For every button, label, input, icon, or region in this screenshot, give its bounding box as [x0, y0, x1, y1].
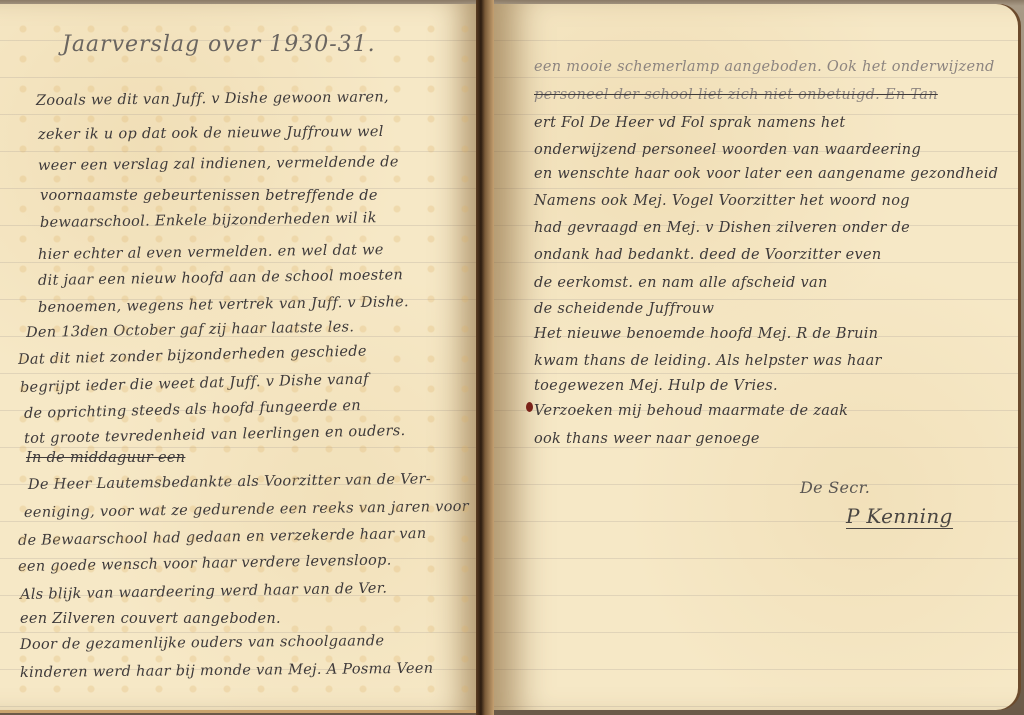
left-page: Jaarverslag over 1930-31. Zooals we dit …	[0, 4, 476, 713]
handwritten-line: weer een verslag zal indienen, vermelden…	[38, 155, 399, 173]
handwritten-line: begrijpt ieder die weet dat Juff. v Dish…	[20, 372, 369, 395]
ink-blot	[526, 402, 533, 412]
handwritten-line: Namens ook Mej. Vogel Voorzitter het woo…	[534, 194, 910, 209]
struck-through-line: personeel der school liet zich niet onbe…	[534, 88, 938, 103]
handwritten-line: kinderen werd haar bij monde van Mej. A …	[20, 662, 434, 681]
handwritten-line: voornaamste gebeurtenissen betreffende d…	[40, 189, 378, 204]
page-title: Jaarverslag over 1930-31.	[62, 34, 376, 56]
handwritten-line: Den 13den October gaf zij haar laatste l…	[26, 320, 354, 340]
handwritten-line: bewaarschool. Enkele bijzonderheden wil …	[40, 211, 377, 230]
handwritten-line: ert Fol De Heer vd Fol sprak namens het	[534, 116, 846, 131]
struck-through-line: In de middaguur een	[26, 451, 185, 466]
handwritten-line: een mooie schemerlamp aangeboden. Ook he…	[534, 60, 995, 75]
handwritten-line: de scheidende Juffrouw	[534, 302, 714, 317]
handwritten-line: de oprichting steeds als hoofd fungeerde…	[24, 399, 361, 422]
handwritten-line: Als blijk van waardeering werd haar van …	[20, 582, 387, 603]
handwritten-line: en wenschte haar ook voor later een aang…	[534, 167, 998, 182]
handwritten-line: een Zilveren couvert aangeboden.	[20, 612, 281, 627]
handwritten-line: De Heer Lautemsbedankte als Voorzitter v…	[28, 472, 431, 492]
book-spine	[476, 0, 494, 715]
closing-label: De Secr.	[800, 480, 870, 496]
notebook-spread: Jaarverslag over 1930-31. Zooals we dit …	[0, 0, 1024, 715]
handwritten-line: eeniging, voor wat ze gedurende een reek…	[24, 500, 469, 521]
right-page: een mooie schemerlamp aangeboden. Ook he…	[494, 4, 1018, 710]
handwritten-line: een goede wensch voor haar verdere leven…	[18, 553, 392, 574]
handwritten-line: de eerkomst. en nam alle afscheid van	[534, 276, 828, 291]
handwritten-line: dit jaar een nieuw hoofd aan de school m…	[38, 268, 403, 288]
handwritten-line: Het nieuwe benoemde hoofd Mej. R de Brui…	[534, 327, 878, 342]
handwritten-line: ondank had bedankt. deed de Voorzitter e…	[534, 248, 882, 263]
handwritten-line: Door de gezamenlijke ouders van schoolga…	[20, 634, 384, 652]
signature: P Kenning	[846, 506, 953, 529]
handwritten-line: Zooals we dit van Juff. v Dishe gewoon w…	[36, 90, 389, 108]
handwritten-line: hier echter al even vermelden. en wel da…	[38, 243, 384, 262]
handwritten-line: kwam thans de leiding. Als helpster was …	[534, 354, 882, 369]
handwritten-line: had gevraagd en Mej. v Dishen zilveren o…	[534, 221, 910, 236]
handwritten-line: ook thans weer naar genoege	[534, 432, 760, 447]
handwritten-line: benoemen, wegens het vertrek van Juff. v…	[38, 295, 409, 315]
handwritten-line: de Bewaarschool had gedaan en verzekerde…	[18, 527, 427, 549]
handwritten-line: zeker ik u op dat ook de nieuwe Juffrouw…	[38, 125, 384, 143]
handwritten-line: tot groote tevredenheid van leerlingen e…	[24, 424, 406, 446]
handwritten-line: onderwijzend personeel woorden van waard…	[534, 143, 921, 158]
handwritten-line: toegewezen Mej. Hulp de Vries.	[534, 379, 778, 394]
handwritten-line: Verzoeken mij behoud maarmate de zaak	[534, 404, 848, 419]
handwritten-line: Dat dit niet zonder bijzonderheden gesch…	[18, 344, 367, 367]
